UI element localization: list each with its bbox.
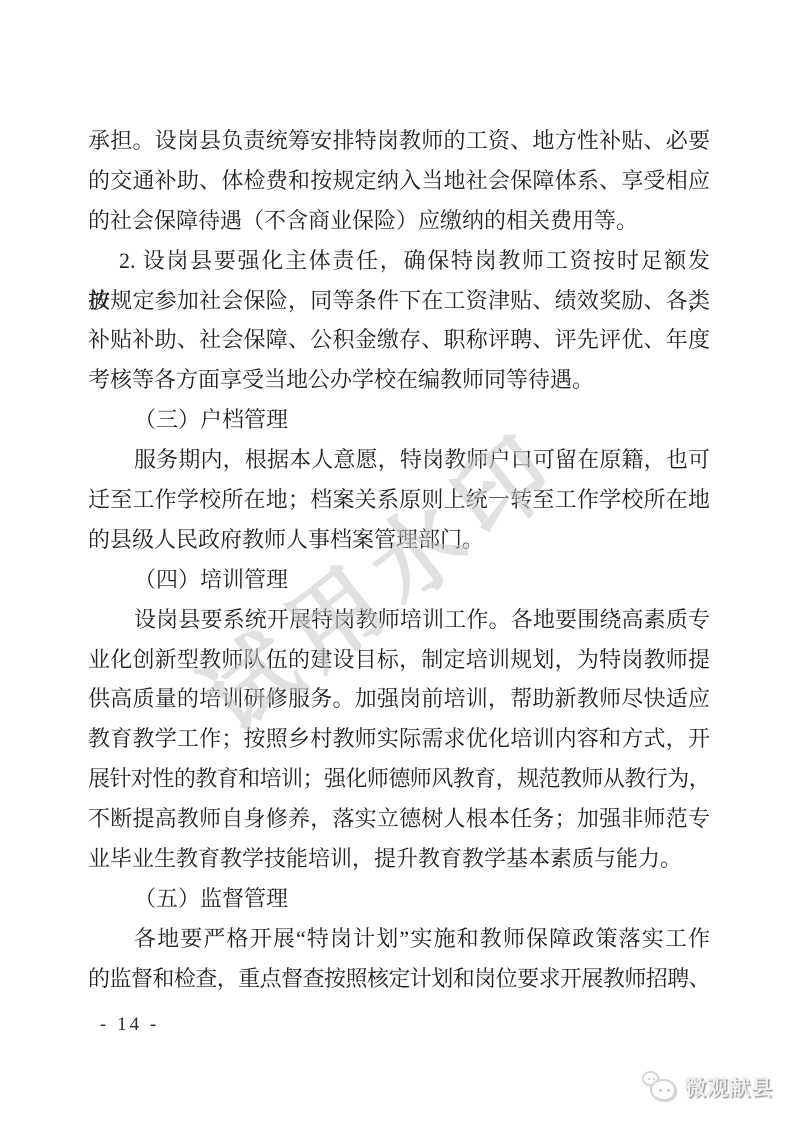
doc-line: 2. 设岗县要强化主体责任，确保特岗教师工资按时足额发放，: [88, 241, 710, 281]
doc-line: 教育教学工作；按照乡村教师实际需求优化培训内容和方式，开: [88, 719, 710, 759]
bubble-eye: [667, 1089, 670, 1092]
brand-name: 微观献县: [685, 1072, 773, 1102]
doc-line: 承担。设岗县负责统筹安排特岗教师的工资、地方性补贴、必要: [88, 121, 710, 161]
bubble-eye: [653, 1078, 655, 1080]
doc-line: 考核等各方面享受当地公办学校在编教师同等待遇。: [88, 360, 710, 400]
doc-line: 供高质量的培训研修服务。加强岗前培训，帮助新教师尽快适应: [88, 679, 710, 719]
doc-line: 服务期内，根据本人意愿，特岗教师户口可留在原籍，也可: [88, 440, 710, 480]
wechat-icon: [642, 1071, 680, 1103]
doc-line: 业毕业生教育教学技能培训，提升教育教学基本素质与能力。: [88, 839, 710, 879]
section-heading: （五）监督管理: [88, 879, 710, 919]
document-body: 承担。设岗县负责统筹安排特岗教师的工资、地方性补贴、必要 的交通补助、体检费和按…: [88, 121, 710, 999]
document-page: 承担。设岗县负责统筹安排特岗教师的工资、地方性补贴、必要 的交通补助、体检费和按…: [0, 0, 794, 1123]
section-heading: （四）培训管理: [88, 560, 710, 600]
doc-line: 设岗县要系统开展特岗教师培训工作。各地要围绕高素质专: [88, 600, 710, 640]
doc-line: 按规定参加社会保险，同等条件下在工资津贴、绩效奖励、各类: [88, 281, 710, 321]
page-number: - 14 -: [100, 1014, 159, 1036]
doc-line: 的交通补助、体检费和按规定纳入当地社会保障体系、享受相应: [88, 161, 710, 201]
bubble-eye: [659, 1089, 662, 1092]
section-heading: （三）户档管理: [88, 400, 710, 440]
doc-line: 的监督和检查，重点督查按照核定计划和岗位要求开展教师招聘、: [88, 959, 710, 999]
brand-watermark: 微观献县: [642, 1071, 773, 1103]
bubble-eye: [648, 1078, 650, 1080]
doc-line: 的社会保障待遇（不含商业保险）应缴纳的相关费用等。: [88, 201, 710, 241]
doc-line: 各地要严格开展“特岗计划”实施和教师保障政策落实工作: [88, 919, 710, 959]
chat-bubble-large: [650, 1079, 676, 1101]
doc-line: 业化创新型教师队伍的建设目标，制定培训规划，为特岗教师提: [88, 640, 710, 680]
doc-line: 展针对性的教育和培训；强化师德师风教育，规范教师从教行为，: [88, 759, 710, 799]
doc-line: 的县级人民政府教师人事档案管理部门。: [88, 520, 710, 560]
doc-line: 不断提高教师自身修养，落实立德树人根本任务；加强非师范专: [88, 799, 710, 839]
doc-line: 迁至工作学校所在地；档案关系原则上统一转至工作学校所在地: [88, 480, 710, 520]
doc-line: 补贴补助、社会保障、公积金缴存、职称评聘、评先评优、年度: [88, 320, 710, 360]
